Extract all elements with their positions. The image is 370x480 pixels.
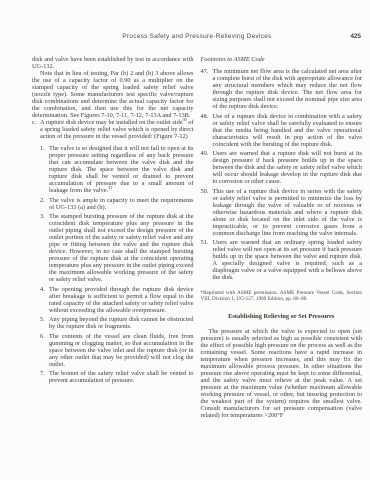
numbered-list: 1.The valve is so designed that it will … [32, 145, 194, 384]
list-item: 1.The valve is so designed that it will … [40, 145, 194, 194]
footnote-number: 50. [201, 188, 209, 195]
footnote-text: The minimum net flow area is the calcula… [213, 68, 363, 110]
footnote-item: 47.The minimum net flow area is the calc… [201, 68, 363, 110]
list-item-text: The stamped bursting pressure of the rup… [49, 213, 194, 283]
footnote-number: 49. [201, 150, 209, 157]
list-marker: 4. [40, 286, 45, 293]
footnote-item: 51.Users are warned that an ordinary spr… [201, 239, 363, 281]
list-item-text: A rupture disk device may be installed o… [40, 119, 183, 126]
list-item-text: The contents of the vessel are clean flu… [49, 333, 194, 368]
list-item: 7.The bonnet of the safety relief valve … [40, 370, 194, 384]
text-columns: disk and valve have been established by … [0, 40, 370, 419]
list-item-text: The opening provided through the rupture… [49, 286, 194, 314]
list-item: 4.The opening provided through the ruptu… [40, 286, 194, 314]
list-item-text: The valve is so designed that it will no… [49, 145, 194, 194]
paragraph-note: Note that in lieu of testing, Par (b) 2 … [32, 70, 194, 119]
page-number: 425 [350, 33, 361, 40]
footnote-item: 49.Users are warned that a rupture disk … [201, 150, 363, 185]
source-attribution-note: *Reprinted with ASME permission. ASME Pr… [201, 290, 363, 302]
footnote-number: 47. [201, 68, 209, 75]
footnote-text: This use of a rupture disk device in ser… [213, 188, 363, 237]
footnote-item: 48.Use of a rupture disk device in combi… [201, 113, 363, 148]
list-marker: 3. [40, 213, 45, 220]
list-marker: 1. [40, 145, 45, 152]
left-column: disk and valve have been established by … [32, 56, 194, 419]
list-item: 5.Any piping beyond the rupture disk can… [40, 316, 194, 330]
book-page: Process Safety and Pressure-Relieving De… [0, 0, 370, 480]
right-column: Footnotes to ASME Code 47.The minimum ne… [201, 56, 363, 419]
list-marker: 2. [40, 197, 45, 204]
list-marker: c. [32, 119, 36, 126]
footnote-text: Users are warned that an ordinary spring… [213, 239, 363, 281]
footnote-number: 51. [201, 239, 209, 246]
list-item: 2.The valve is ample in capacity to meet… [40, 197, 194, 211]
running-title: Process Safety and Pressure-Relieving De… [122, 33, 271, 40]
section-heading: Establishing Relieving or Set Pressures [201, 313, 363, 320]
footnotes-heading: Footnotes to ASME Code [201, 56, 363, 63]
list-item-text: The valve is ample in capacity to meet t… [49, 197, 194, 211]
list-marker: 7. [40, 370, 45, 377]
list-item: 3.The stamped bursting pressure of the r… [40, 213, 194, 283]
list-marker: 6. [40, 333, 45, 340]
section-paragraph: The pressure at which the valve is expec… [201, 328, 363, 419]
list-item-c: c.A rupture disk device may be installed… [32, 119, 194, 140]
list-marker: 5. [40, 316, 45, 323]
paragraph-continuation: disk and valve have been established by … [32, 56, 194, 70]
list-item-text: The bonnet of the safety relief valve sh… [49, 370, 194, 384]
footnote-text: Use of a rupture disk device in combinat… [213, 113, 363, 148]
footnote-number: 48. [201, 113, 209, 120]
footnote-text: Users are warned that a rupture disk wil… [213, 150, 363, 185]
page-header: Process Safety and Pressure-Relieving De… [0, 33, 370, 40]
footnote-item: 50.This use of a rupture disk device in … [201, 188, 363, 237]
footnote-reference: 31 [108, 185, 112, 190]
list-item: 6.The contents of the vessel are clean f… [40, 333, 194, 368]
list-item-text: Any piping beyond the rupture disk canno… [49, 316, 194, 330]
footnotes-list: 47.The minimum net flow area is the calc… [201, 68, 363, 281]
